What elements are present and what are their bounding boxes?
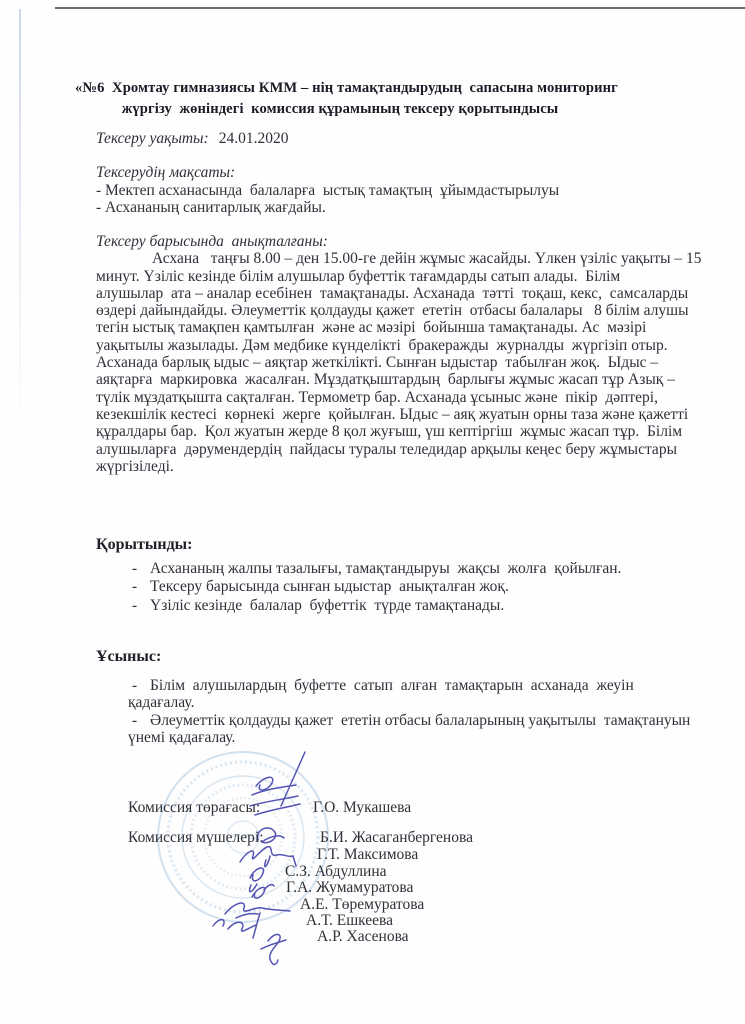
inspection-time-value: 24.01.2020 xyxy=(219,130,289,147)
members-label: Комиссия мүшелері: xyxy=(128,829,264,847)
suggestion-item-text: Білім алушылардың буфетте сатып алған та… xyxy=(150,677,634,694)
inspection-time-row: Тексеру уақыты:24.01.2020 xyxy=(96,130,288,148)
suggestion-section: Ұсыныс: -Білім алушылардың буфетте сатып… xyxy=(96,648,690,747)
scanned-document-page: «№6 Хромтау гимназиясы КММ – нің тамақта… xyxy=(0,0,745,1024)
findings-line: өздері дайындайды. Әлеуметтік қолдауды қ… xyxy=(96,302,702,319)
member-name: Б.И. Жасаганбергенова xyxy=(320,829,473,847)
conclusion-item: -Үзіліс кезінде балалар буфеттік түрде т… xyxy=(96,597,621,615)
findings-line: кезекшілік кестесі көрнекі жерге қойылға… xyxy=(96,406,702,423)
purpose-heading: Тексерудің мақсаты: xyxy=(96,164,559,182)
purpose-section: Тексерудің мақсаты: - Мектеп асханасында… xyxy=(96,164,559,217)
conclusion-item-text: Асхананың жалпы тазалығы, тамақтандыруы … xyxy=(150,560,621,577)
list-dash: - xyxy=(132,560,150,578)
findings-line: алушылар ата – аналар есебінен тамақтана… xyxy=(96,285,702,302)
conclusion-item-text: Үзіліс кезінде балалар буфеттік түрде та… xyxy=(150,597,504,614)
member-name: Г.А. Жумамуратова xyxy=(286,879,413,897)
suggestion-heading: Ұсыныс: xyxy=(96,648,690,666)
findings-line: жүргізіледі. xyxy=(96,458,702,475)
document-title: «№6 Хромтау гимназиясы КММ – нің тамақта… xyxy=(75,78,605,120)
title-line-1: «№6 Хромтау гимназиясы КММ – нің тамақта… xyxy=(75,78,605,99)
findings-line: минут. Үзіліс кезінде білім алушылар буф… xyxy=(96,268,702,285)
list-dash: - xyxy=(132,712,150,729)
findings-line: тегін ыстық тамақпен қамтылған және ас м… xyxy=(96,319,702,336)
member-name: Г.Т. Максимова xyxy=(317,846,418,864)
list-dash: - xyxy=(132,578,150,596)
conclusion-item: -Тексеру барысында сынған ыдыстар анықта… xyxy=(96,578,621,596)
list-dash: - xyxy=(132,597,150,615)
findings-line: Асханада барлық ыдыс – аяқтар жеткілікті… xyxy=(96,354,702,371)
title-line-2: жүргізу жөніндегі комиссия құрамының тек… xyxy=(75,99,605,120)
chairman-label: Комиссия төрағасы: xyxy=(128,799,260,817)
member-name: А.Р. Хасенова xyxy=(317,928,409,946)
findings-line: түлік мұздатқышта сақталған. Термометр б… xyxy=(96,389,702,406)
scan-edge-left-line xyxy=(19,9,21,429)
findings-line: құралдары бар. Қол жуатын жерде 8 қол жу… xyxy=(96,423,702,440)
findings-section: Тексеру барысында анықталғаны: Асхана та… xyxy=(96,233,702,475)
suggestion-item-continuation: үнемі қадағалау. xyxy=(96,729,690,746)
conclusion-section: Қорытынды: -Асхананың жалпы тазалығы, та… xyxy=(96,536,621,615)
signature-stroke xyxy=(281,752,305,806)
conclusion-item: -Асхананың жалпы тазалығы, тамақтандыруы… xyxy=(96,560,621,578)
inspection-time-label: Тексеру уақыты: xyxy=(96,130,209,147)
findings-line: уақытылы жазылады. Дәм медбике күнделікт… xyxy=(96,337,702,354)
findings-heading: Тексеру барысында анықталғаны: xyxy=(96,233,702,250)
chairman-name: Г.О. Мукашева xyxy=(313,799,411,817)
suggestion-item-continuation: қадағалау. xyxy=(96,694,690,711)
purpose-item: - Асхананың санитарлық жағдайы. xyxy=(96,199,559,217)
conclusion-item-text: Тексеру барысында сынған ыдыстар анықтал… xyxy=(150,578,509,595)
suggestion-item: -Білім алушылардың буфетте сатып алған т… xyxy=(96,677,690,694)
list-dash: - xyxy=(132,677,150,694)
suggestion-item-text: Әлеуметтік қолдауды қажет ететін отбасы … xyxy=(150,712,690,729)
suggestion-item: -Әлеуметтік қолдауды қажет ететін отбасы… xyxy=(96,712,690,729)
findings-line: алушыларға дәрумендердің пайдасы туралы … xyxy=(96,441,702,458)
findings-line: Асхана таңғы 8.00 – ден 15.00-ге дейін ж… xyxy=(96,250,702,267)
conclusion-heading: Қорытынды: xyxy=(96,536,621,554)
findings-line: аяқтарға маркировка жасалған. Мұздатқышт… xyxy=(96,371,702,388)
purpose-item: - Мектеп асханасында балаларға ыстық там… xyxy=(96,182,559,200)
scan-edge-top-line xyxy=(55,7,745,9)
